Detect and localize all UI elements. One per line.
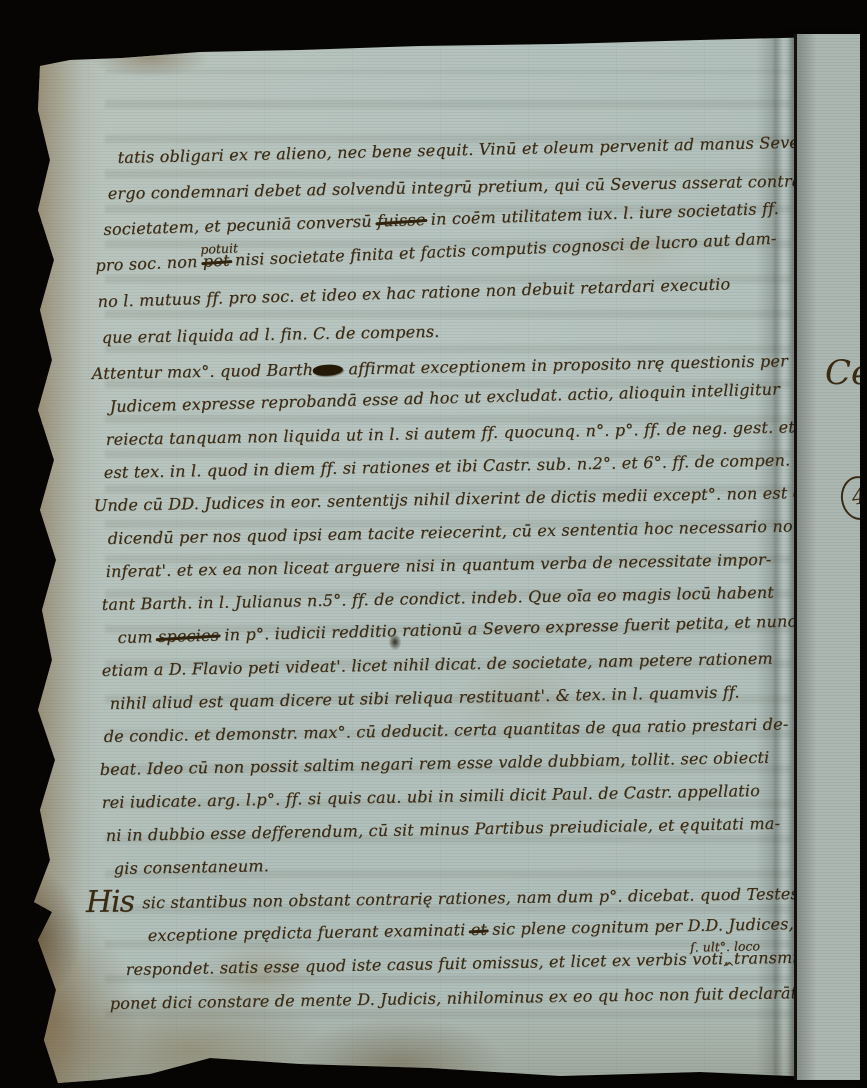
facing-page-edge: Ce 4 (794, 34, 864, 1080)
struck-word: fuisse (377, 210, 426, 231)
struck-word: et (471, 920, 488, 939)
text-segment: Attentur max°. quod Barth (92, 360, 314, 383)
struck-word: potpotuit (202, 251, 230, 271)
text-segment: pro soc. non (95, 252, 203, 275)
struck-word: species (158, 626, 220, 646)
flourished-initial: His (86, 894, 134, 911)
manuscript-page: tatis obligari ex re alieno, nec bene se… (0, 0, 861, 1088)
text-segment: voti,ſ. ult°. loco^ (692, 949, 729, 969)
text-segment: gis consentaneum. (114, 856, 270, 878)
paragraph: His sic stantibus non obstant contrarię … (92, 892, 816, 1028)
paragraph: Attentur max°. quod Barth affirmat excep… (92, 364, 816, 892)
text-block: tatis obligari ex re alieno, nec bene se… (92, 148, 816, 1028)
manuscript-scan: tatis obligari ex re alieno, nec bene se… (0, 0, 867, 1088)
text-segment: cum (117, 627, 158, 647)
paragraph: tatis obligari ex re alieno, nec bene se… (92, 148, 816, 364)
scan-right-border (860, 0, 867, 1088)
ink-blot (313, 364, 344, 377)
